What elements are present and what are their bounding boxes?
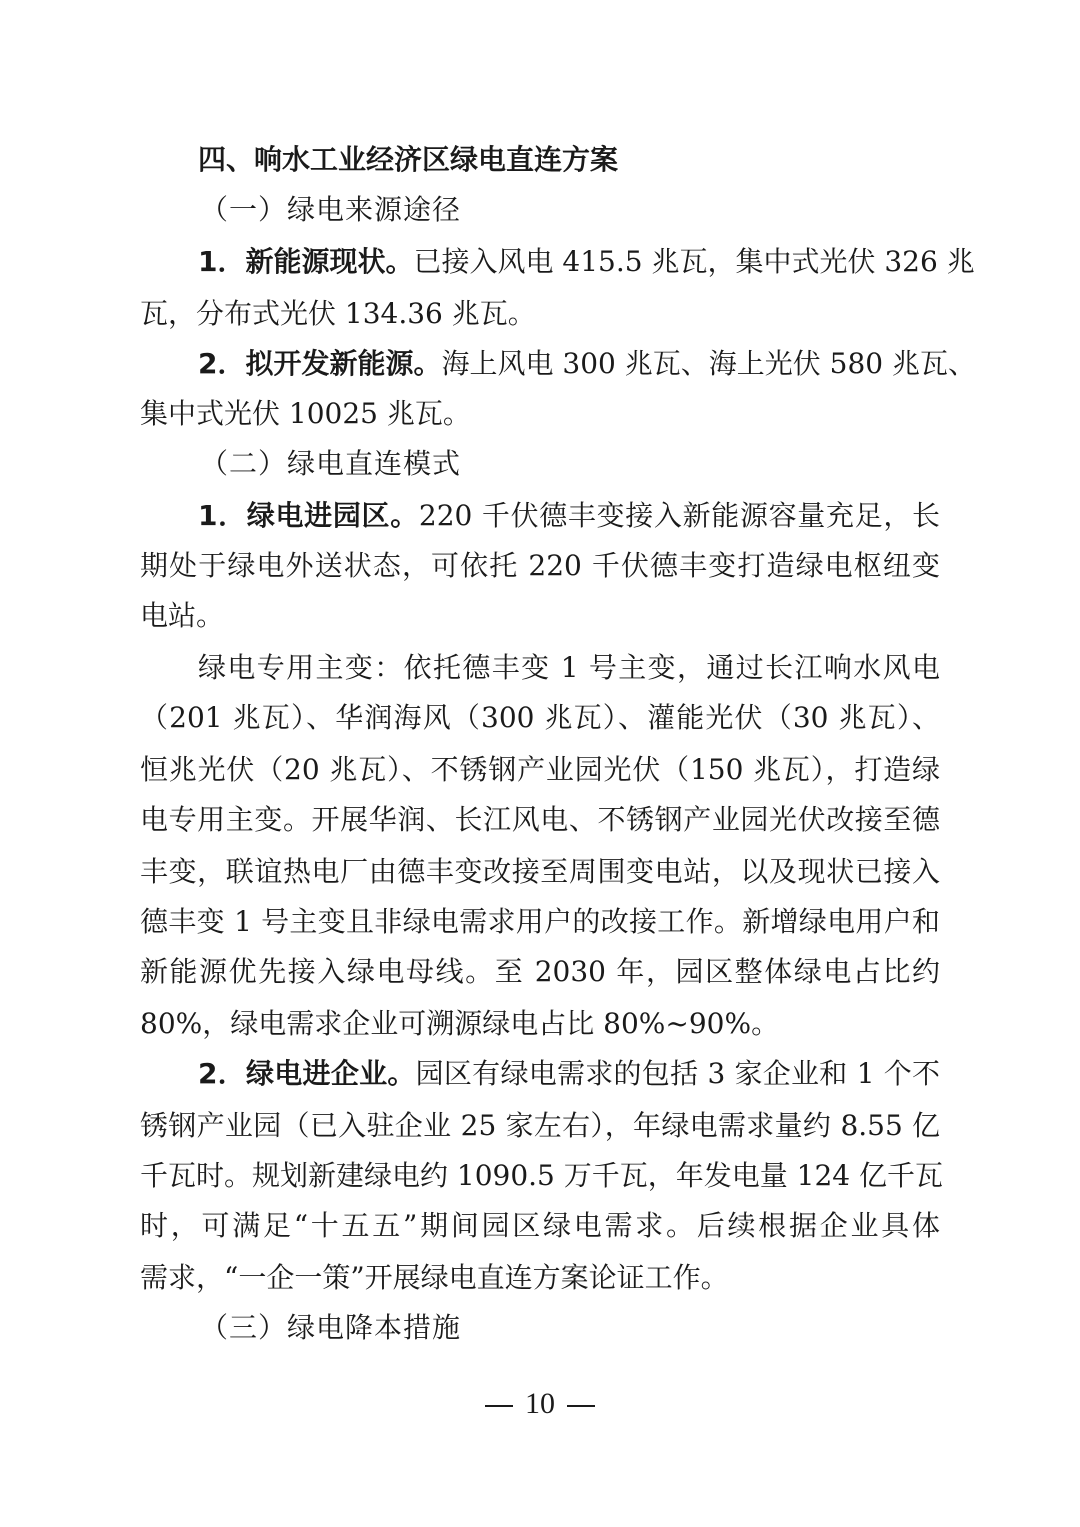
page-footer: 10 — [0, 1387, 1080, 1421]
paragraph-line: 集中式光伏 10025 兆瓦。 — [140, 388, 940, 440]
paragraph-line: 锈钢产业园（已入驻企业 25 家左右），年绿电需求量约 8.55 亿 — [140, 1100, 940, 1152]
item-label: 1．新能源现状。 — [198, 245, 413, 278]
item-text: 已接入风电 415.5 兆瓦，集中式光伏 326 兆 — [413, 245, 974, 278]
paragraph-line: 需求，“一企一策”开展绿电直连方案论证工作。 — [140, 1252, 940, 1304]
paragraph-line: 电站。 — [140, 590, 940, 642]
paragraph-line: 恒兆光伏（20 兆瓦）、不锈钢产业园光伏（150 兆瓦），打造绿 — [140, 744, 940, 796]
paragraph-line: 2．绿电进企业。园区有绿电需求的包括 3 家企业和 1 个不 — [198, 1048, 940, 1100]
paragraph-line: 新能源优先接入绿电母线。至 2030 年，园区整体绿电占比约 — [140, 946, 940, 998]
paragraph-line: 80%，绿电需求企业可溯源绿电占比 80%~90%。 — [140, 998, 940, 1050]
paragraph-line: 电专用主变。开展华润、长江风电、不锈钢产业园光伏改接至德 — [140, 794, 940, 846]
item-label: 2．绿电进企业。 — [198, 1057, 416, 1090]
paragraph-line: 千瓦时。规划新建绿电约 1090.5 万千瓦，年发电量 124 亿千瓦 — [140, 1150, 940, 1202]
paragraph-line: 绿电专用主变：依托德丰变 1 号主变，通过长江响水风电 — [198, 642, 940, 694]
item-text: 园区有绿电需求的包括 3 家企业和 1 个不 — [416, 1057, 940, 1090]
paragraph-line: 1．绿电进园区。220 千伏德丰变接入新能源容量充足，长 — [198, 490, 940, 542]
section-heading: 四、响水工业经济区绿电直连方案 — [198, 134, 940, 186]
item-label: 2．拟开发新能源。 — [198, 347, 441, 380]
subsection-title-1: （一）绿电来源途径 — [200, 184, 940, 236]
page-number: 10 — [525, 1387, 555, 1420]
item-text: 海上风电 300 兆瓦、海上光伏 580 兆瓦、 — [441, 347, 976, 380]
subsection-title-3: （三）绿电降本措施 — [200, 1302, 940, 1354]
dash-left — [485, 1405, 513, 1407]
paragraph-line: 丰变，联谊热电厂由德丰变改接至周围变电站，以及现状已接入 — [140, 846, 940, 898]
paragraph-line: 瓦，分布式光伏 134.36 兆瓦。 — [140, 288, 940, 340]
paragraph-line: （201 兆瓦）、华润海风（300 兆瓦）、灌能光伏（30 兆瓦）、 — [140, 692, 940, 744]
dash-right — [567, 1405, 595, 1407]
subsection-title-2: （二）绿电直连模式 — [200, 438, 940, 490]
paragraph-line: 时，可满足“十五五”期间园区绿电需求。后续根据企业具体 — [140, 1200, 940, 1252]
paragraph-line: 期处于绿电外送状态，可依托 220 千伏德丰变打造绿电枢纽变 — [140, 540, 940, 592]
item-text: 220 千伏德丰变接入新能源容量充足，长 — [419, 499, 940, 532]
paragraph-line: 1．新能源现状。已接入风电 415.5 兆瓦，集中式光伏 326 兆 — [198, 236, 940, 288]
item-label: 1．绿电进园区。 — [198, 499, 419, 532]
paragraph-line: 德丰变 1 号主变且非绿电需求用户的改接工作。新增绿电用户和 — [140, 896, 940, 948]
document-page: 四、响水工业经济区绿电直连方案 （一）绿电来源途径 1．新能源现状。已接入风电 … — [0, 0, 1080, 1527]
paragraph-line: 2．拟开发新能源。海上风电 300 兆瓦、海上光伏 580 兆瓦、 — [198, 338, 940, 390]
